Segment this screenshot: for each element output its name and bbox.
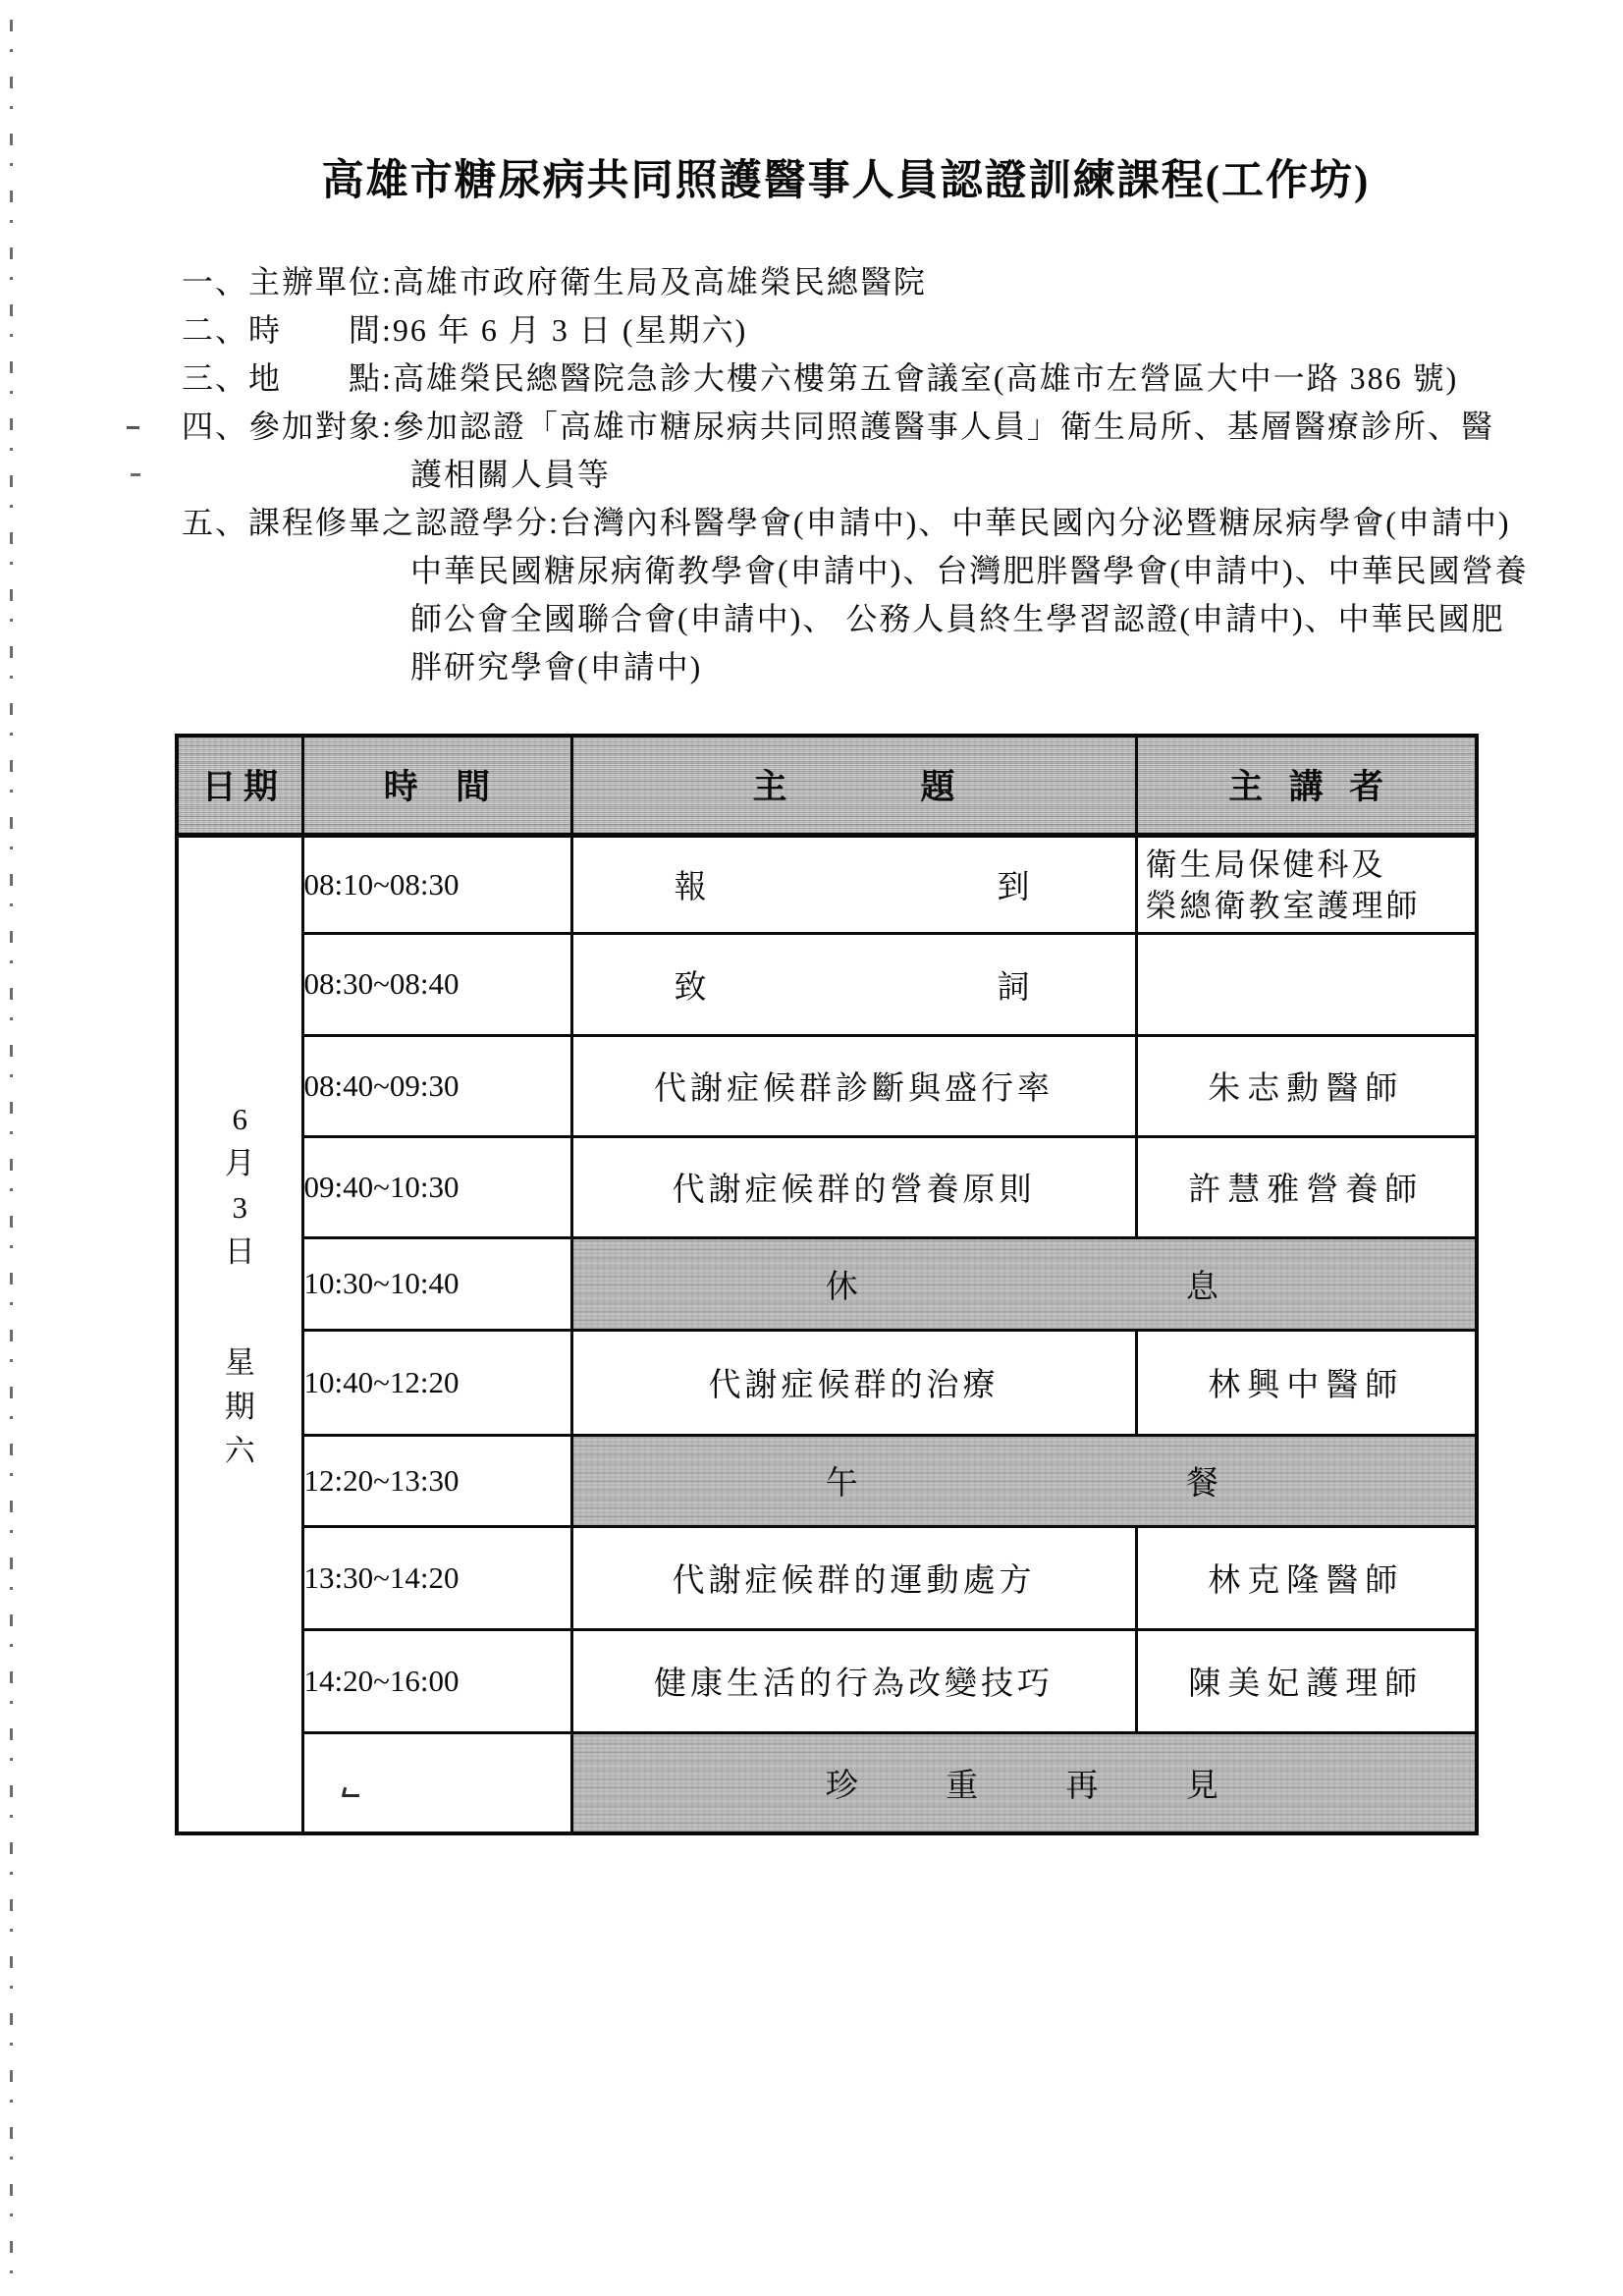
- info-label: 三、地 點:: [182, 360, 393, 396]
- info-item-credits-cont: 師公會全國聯合會(申請中)、 公務人員終生學習認證(申請中)、中華民國肥: [182, 595, 1556, 643]
- info-item-credits-cont: 胖研究學會(申請中): [182, 643, 1556, 691]
- time-cell: 14:20~16:00: [302, 1629, 571, 1732]
- topic-cell: 代謝症候群的治療: [571, 1330, 1136, 1435]
- table-row-break: 珍重再見: [177, 1732, 1477, 1833]
- table-row: 09:40~10:30 代謝症候群的營養原則 許慧雅營養師: [177, 1136, 1477, 1237]
- speaker-cell: 林興中醫師: [1136, 1330, 1477, 1435]
- table-row: 14:20~16:00 健康生活的行為改變技巧 陳美妃護理師: [177, 1629, 1477, 1732]
- time-cell: [302, 1732, 571, 1833]
- schedule-table: 日期 時間 主題 主講者 6月3日 星期六 08:10~08:30 報到 衛生局: [175, 734, 1479, 1835]
- speaker-cell: [1136, 933, 1477, 1035]
- topic-cell: 致詞: [571, 933, 1136, 1035]
- table-row: 10:40~12:20 代謝症候群的治療 林興中醫師: [177, 1330, 1477, 1435]
- info-item-time: 二、時 間:96 年 6 月 3 日 (星期六): [182, 306, 1556, 355]
- info-label: 二、時 間:: [182, 312, 393, 348]
- info-text: 台灣內科醫學會(申請中)、中華民國內分泌暨糖尿病學會(申請中): [560, 505, 1511, 540]
- document-page: 高雄市糖尿病共同照護醫事人員認證訓練課程(工作坊) 一、主辦單位:高雄市政府衛生…: [0, 0, 1623, 2296]
- topic-cell: 代謝症候群的運動處方: [571, 1526, 1136, 1629]
- date-vertical: 6月3日 星期六: [179, 1097, 301, 1473]
- info-item-credits: 五、課程修畢之認證學分:台灣內科醫學會(申請中)、中華民國內分泌暨糖尿病學會(申…: [182, 499, 1556, 547]
- date-weekday: 星期六: [220, 1340, 259, 1473]
- info-text: 96 年 6 月 3 日 (星期六): [393, 312, 747, 348]
- table-row: 6月3日 星期六 08:10~08:30 報到 衛生局保健科及 榮總衛教室護理師: [177, 835, 1477, 933]
- time-cell: 12:20~13:30: [302, 1435, 571, 1526]
- scan-speck: [131, 473, 140, 476]
- speaker-cell: 陳美妃護理師: [1136, 1629, 1477, 1732]
- page-title: 高雄市糖尿病共同照護醫事人員認證訓練課程(工作坊): [69, 147, 1623, 207]
- info-text: 參加認證「高雄市糖尿病共同照護醫事人員」衛生局所、基層醫療診所、醫: [393, 409, 1494, 444]
- info-label: 四、參加對象:: [182, 409, 393, 444]
- table-header-row: 日期 時間 主題 主講者: [177, 736, 1477, 835]
- date-cell: 6月3日 星期六: [177, 835, 302, 1833]
- speaker-cell: 衛生局保健科及 榮總衛教室護理師: [1136, 835, 1477, 933]
- topic-cell: 報到: [571, 835, 1136, 933]
- table-row-break: 12:20~13:30 午餐: [177, 1435, 1477, 1526]
- scan-edge-artifact: [10, 20, 13, 2278]
- topic-cell: 代謝症候群診斷與盛行率: [571, 1035, 1136, 1136]
- info-item-participants: 四、參加對象:參加認證「高雄市糖尿病共同照護醫事人員」衛生局所、基層醫療診所、醫: [182, 403, 1556, 451]
- header-speaker: 主講者: [1136, 736, 1477, 835]
- topic-cell: 代謝症候群的營養原則: [571, 1136, 1136, 1237]
- time-cell: 13:30~14:20: [302, 1526, 571, 1629]
- topic-cell: 健康生活的行為改變技巧: [571, 1629, 1136, 1732]
- info-text: 高雄市政府衛生局及高雄榮民總醫院: [393, 264, 927, 300]
- info-text: 高雄榮民總醫院急診大樓六樓第五會議室(高雄市左營區大中一路 386 號): [393, 360, 1458, 396]
- break-cell: 午餐: [571, 1435, 1477, 1526]
- break-cell: 休息: [571, 1237, 1477, 1330]
- speaker-cell: 朱志勳醫師: [1136, 1035, 1477, 1136]
- break-cell: 珍重再見: [571, 1732, 1477, 1833]
- speaker-line: 衛生局保健科及: [1146, 844, 1476, 885]
- info-list: 一、主辦單位:高雄市政府衛生局及高雄榮民總醫院 二、時 間:96 年 6 月 3…: [182, 258, 1556, 691]
- speaker-cell: 許慧雅營養師: [1136, 1136, 1477, 1237]
- time-cell: 08:30~08:40: [302, 933, 571, 1035]
- header-time: 時間: [302, 736, 571, 835]
- time-cell: 09:40~10:30: [302, 1136, 571, 1237]
- header-topic: 主題: [571, 736, 1136, 835]
- info-item-credits-cont: 中華民國糖尿病衛教學會(申請中)、台灣肥胖醫學會(申請中)、中華民國營養: [182, 547, 1556, 595]
- table-row: 08:30~08:40 致詞: [177, 933, 1477, 1035]
- header-date: 日期: [177, 736, 302, 835]
- time-cell: 08:40~09:30: [302, 1035, 571, 1136]
- speaker-cell: 林克隆醫師: [1136, 1526, 1477, 1629]
- info-label: 一、主辦單位:: [182, 264, 393, 300]
- table-row: 13:30~14:20 代謝症候群的運動處方 林克隆醫師: [177, 1526, 1477, 1629]
- date-month-day: 6月3日: [220, 1097, 259, 1274]
- time-cell: 08:10~08:30: [302, 835, 571, 933]
- info-item-location: 三、地 點:高雄榮民總醫院急診大樓六樓第五會議室(高雄市左營區大中一路 386 …: [182, 355, 1556, 403]
- table-row: 08:40~09:30 代謝症候群診斷與盛行率 朱志勳醫師: [177, 1035, 1477, 1136]
- scan-speck: [127, 426, 139, 429]
- time-cell: 10:40~12:20: [302, 1330, 571, 1435]
- table-row-break: 10:30~10:40 休息: [177, 1237, 1477, 1330]
- time-cell: 10:30~10:40: [302, 1237, 571, 1330]
- info-item-organizer: 一、主辦單位:高雄市政府衛生局及高雄榮民總醫院: [182, 258, 1556, 306]
- info-label: 五、課程修畢之認證學分:: [182, 505, 560, 540]
- speaker-line: 榮總衛教室護理師: [1146, 885, 1476, 926]
- info-item-participants-cont: 護相關人員等: [182, 451, 1556, 499]
